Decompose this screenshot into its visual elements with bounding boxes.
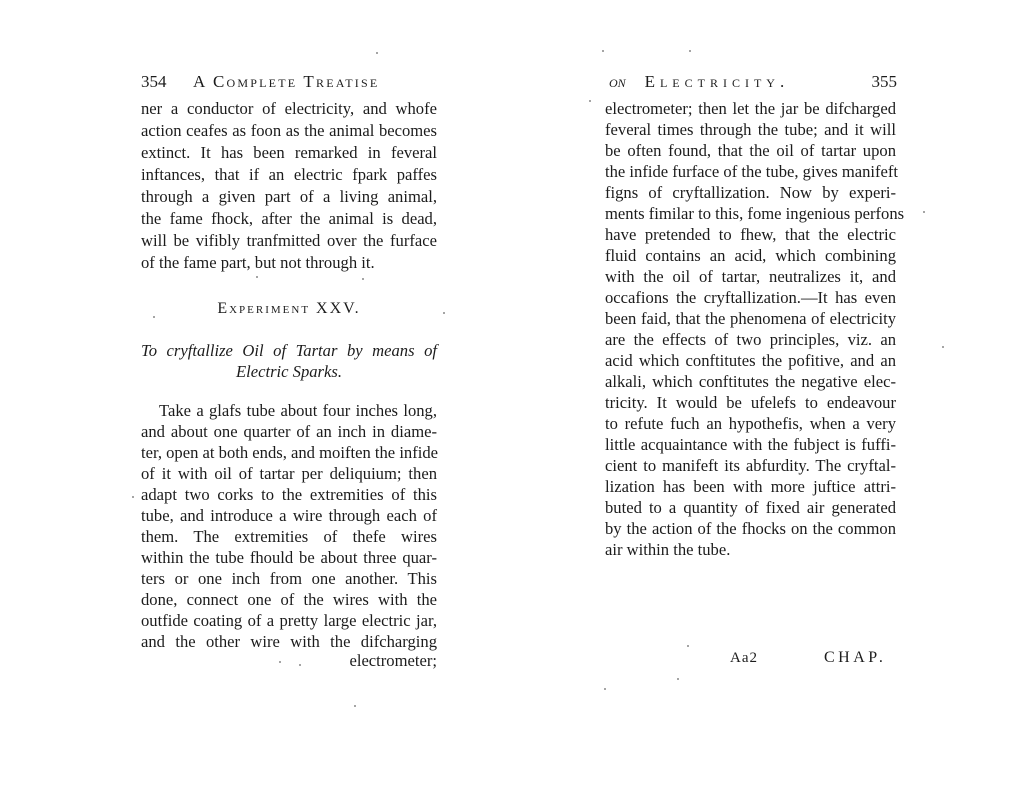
- running-head-title: on Electricity.: [609, 72, 789, 91]
- text-line: done, connect one of the wires with the: [141, 590, 437, 610]
- text-line: acid which conftitutes the pofitive, and…: [605, 351, 896, 371]
- paper-speck: [923, 211, 925, 213]
- text-line: Take a glafs tube about four inches long…: [159, 401, 437, 421]
- text-line: within the tube fhould be about three qu…: [141, 548, 437, 568]
- text-line: and about one quarter of an inch in diam…: [141, 422, 437, 442]
- text-line: lization has been with more juftice attr…: [605, 477, 896, 497]
- text-line: electrometer; then let the jar be difcha…: [605, 99, 896, 119]
- text-line: by the action of the fhocks on the commo…: [605, 519, 896, 539]
- text-line: alkali, which conftitutes the negative e…: [605, 372, 896, 392]
- text-line: be often found, that the oil of tartar u…: [605, 141, 896, 161]
- paper-speck: [942, 346, 944, 348]
- paper-speck: [589, 100, 591, 102]
- paper-speck: [443, 312, 445, 314]
- catchword: CHAP.: [824, 649, 886, 667]
- text-line: occafions the cryftallization.—It has ev…: [605, 288, 896, 308]
- paper-speck: [256, 276, 258, 278]
- text-line: figns of cryftallization. Now by experi-: [605, 183, 896, 203]
- experiment-title-line1: To cryftallize Oil of Tartar by means of: [141, 341, 437, 361]
- text-line: of the fame part, but not through it.: [141, 253, 437, 273]
- paper-speck: [689, 50, 691, 52]
- text-line: action ceafes as foon as the animal beco…: [141, 121, 437, 141]
- paper-speck: [604, 688, 606, 690]
- running-head-main: Electricity.: [645, 72, 790, 91]
- text-line: ments fimilar to this, fome ingenious pe…: [605, 204, 896, 224]
- page-number: 355: [872, 72, 898, 92]
- text-line: them. The extremities of thefe wires: [141, 527, 437, 547]
- text-line: ter, open at both ends, and moiften the …: [141, 443, 437, 463]
- running-head-prefix: on: [609, 72, 626, 91]
- text-line: feveral times through the tube; and it w…: [605, 120, 896, 140]
- text-line: outfide coating of a pretty large electr…: [141, 611, 437, 631]
- signature-mark: Aa2: [730, 650, 758, 667]
- running-head-left: 354 A Complete Treatise: [141, 72, 379, 92]
- right-page: on Electricity. 355 electrometer; then l…: [512, 0, 1024, 791]
- text-line: will be vifibly tranfmitted over the fur…: [141, 231, 437, 251]
- text-line: through a given part of a living animal,: [141, 187, 437, 207]
- running-head-title: A Complete Treatise: [193, 72, 379, 91]
- text-line: been faid, that the phenomena of electri…: [605, 309, 896, 329]
- text-line: tricity. It would be ufelefs to endeavou…: [605, 393, 896, 413]
- text-line: the infide furface of the tube, gives ma…: [605, 162, 896, 182]
- text-line: of it with oil of tartar per deliquium; …: [141, 464, 437, 484]
- text-line: fluid contains an acid, which combining: [605, 246, 896, 266]
- text-line: adapt two corks to the extremities of th…: [141, 485, 437, 505]
- experiment-title-line2: Electric Sparks.: [141, 362, 437, 382]
- text-line: are the effects of two principles, viz. …: [605, 330, 896, 350]
- experiment-heading: Experiment XXV.: [141, 300, 437, 318]
- paper-speck: [687, 645, 689, 647]
- text-line: with the oil of tartar, neutralizes it, …: [605, 267, 896, 287]
- text-line: and the other wire with the difcharging: [141, 632, 437, 652]
- text-line: the fame fhock, after the animal is dead…: [141, 209, 437, 229]
- running-head-right: on Electricity. 355: [609, 72, 897, 92]
- page-number: 354: [141, 72, 167, 91]
- paper-speck: [279, 661, 281, 663]
- catchword: electrometer;: [141, 651, 437, 671]
- paper-speck: [602, 50, 604, 52]
- text-line: inftances, that if an electric fpark paf…: [141, 165, 437, 185]
- text-line: ner a conductor of electricity, and whof…: [141, 99, 437, 119]
- text-line: extinct. It has been remarked in feveral: [141, 143, 437, 163]
- paper-speck: [354, 705, 356, 707]
- paper-speck: [677, 678, 679, 680]
- text-line: to refute fuch an hypothefis, when a ver…: [605, 414, 896, 434]
- text-line: tube, and introduce a wire through each …: [141, 506, 437, 526]
- paper-speck: [376, 52, 378, 54]
- paper-speck: [299, 664, 301, 666]
- paper-speck: [153, 316, 155, 318]
- text-line: have pretended to fhew, that the electri…: [605, 225, 896, 245]
- text-line: air within the tube.: [605, 540, 896, 560]
- paper-speck: [132, 496, 134, 498]
- text-line: little acquaintance with the fubject is …: [605, 435, 896, 455]
- text-line: ters or one inch from one another. This: [141, 569, 437, 589]
- paper-speck: [362, 278, 364, 280]
- text-line: cient to manifeft its abfurdity. The cry…: [605, 456, 896, 476]
- text-line: buted to a quantity of fixed air generat…: [605, 498, 896, 518]
- left-page: 354 A Complete Treatise ner a conductor …: [0, 0, 512, 791]
